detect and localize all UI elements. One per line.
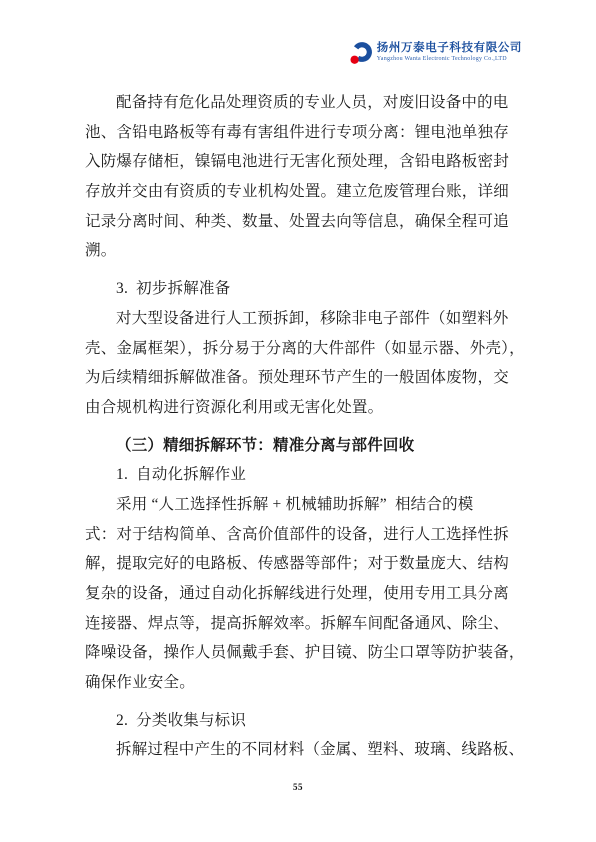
text-line: 记录分离时间、种类、数量、处置去向等信息，确保全程可追 [85,207,517,237]
text-line: 拆解过程中产生的不同材料（金属、塑料、玻璃、线路板、 [85,735,517,765]
text-line: 池、含铅电路板等有毒有害组件进行专项分离：锂电池单独存 [85,118,517,148]
text-line: 确保作业安全。 [85,668,517,698]
text-line: 溯。 [85,236,517,266]
document-body: 配备持有危化品处理资质的专业人员，对废旧设备中的电 池、含铅电路板等有毒有害组件… [85,88,517,765]
text-line: 配备持有危化品处理资质的专业人员，对废旧设备中的电 [85,88,517,118]
text-line: 复杂的设备，通过自动化拆解线进行处理，使用专用工具分离 [85,579,517,609]
text-line: 对大型设备进行人工预拆卸，移除非电子部件（如塑料外 [85,304,517,334]
numbered-heading: 1. 自动化拆解作业 [85,460,517,490]
text-line: 解，提取完好的电路板、传感器等部件；对于数量庞大、结构 [85,549,517,579]
text-line: 壳、金属框架），拆分易于分离的大件部件（如显示器、外壳）， [85,334,517,364]
section-heading: （三）精细拆解环节：精准分离与部件回收 [85,431,517,461]
document-page: 扬州万泰电子科技有限公司 Yangzhou Wanta Electronic T… [0,0,596,842]
text-line: 入防爆存储柜，镍镉电池进行无害化预处理，含铅电路板密封 [85,147,517,177]
company-name-en: Yangzhou Wanta Electronic Technology Co.… [377,55,522,63]
numbered-heading: 2. 分类收集与标识 [85,706,517,736]
text-line: 由合规机构进行资源化利用或无害化处置。 [85,393,517,423]
text-line: 为后续精细拆解做准备。预处理环节产生的一般固体废物，交 [85,363,517,393]
text-line: 连接器、焊点等，提高拆解效率。拆解车间配备通风、除尘、 [85,609,517,639]
numbered-heading: 3. 初步拆解准备 [85,274,517,304]
company-name-cn: 扬州万泰电子科技有限公司 [377,42,522,55]
text-line: 降噪设备，操作人员佩戴手套、护目镜、防尘口罩等防护装备， [85,638,517,668]
company-logo: 扬州万泰电子科技有限公司 Yangzhou Wanta Electronic T… [350,40,522,66]
text-line: 存放并交由有资质的专业机构处置。建立危废管理台账，详细 [85,177,517,207]
text-line: 式：对于结构简单、含高价值部件的设备，进行人工选择性拆 [85,520,517,550]
page-number: 55 [0,782,596,792]
company-logo-text: 扬州万泰电子科技有限公司 Yangzhou Wanta Electronic T… [377,40,522,63]
company-logo-icon [350,40,373,66]
text-line: 采用 “人工选择性拆解 + 机械辅助拆解” 相结合的模 [85,490,517,520]
